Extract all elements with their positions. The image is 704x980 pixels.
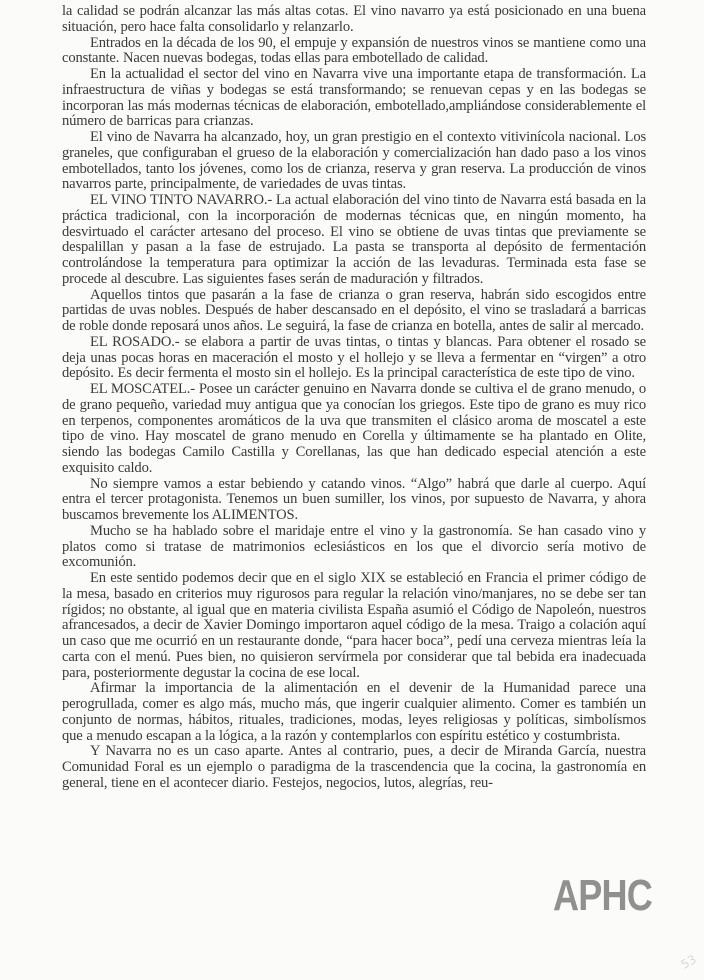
paragraph-3: En la actualidad el sector del vino en N… <box>62 67 646 130</box>
paragraph-4: El vino de Navarra ha alcanzado, hoy, un… <box>62 130 646 193</box>
handwritten-page-number: 53 <box>679 952 699 972</box>
paragraph-alimentos: No siempre vamos a estar bebiendo y cata… <box>62 477 646 524</box>
paragraph-crianza: Aquellos tintos que pasarán a la fase de… <box>62 288 646 335</box>
document-body: la calidad se podrán alcanzar las más al… <box>62 4 646 792</box>
paragraph-1: la calidad se podrán alcanzar las más al… <box>62 4 646 36</box>
paragraph-maridaje: Mucho se ha hablado sobre el maridaje en… <box>62 524 646 571</box>
paragraph-moscatel: EL MOSCATEL.- Posee un carácter genuino … <box>62 382 646 477</box>
aphc-watermark: APHC <box>553 874 652 918</box>
paragraph-2: Entrados en la década de los 90, el empu… <box>62 36 646 68</box>
paragraph-rosado: EL ROSADO.- se elabora a partir de uvas … <box>62 335 646 382</box>
paragraph-navarra: Y Navarra no es un caso aparte. Antes al… <box>62 744 646 791</box>
paragraph-alimentacion: Afirmar la importancia de la alimentació… <box>62 681 646 744</box>
paragraph-codigo-mesa: En este sentido podemos decir que en el … <box>62 571 646 681</box>
paragraph-vino-tinto: EL VINO TINTO NAVARRO.- La actual elabor… <box>62 193 646 288</box>
